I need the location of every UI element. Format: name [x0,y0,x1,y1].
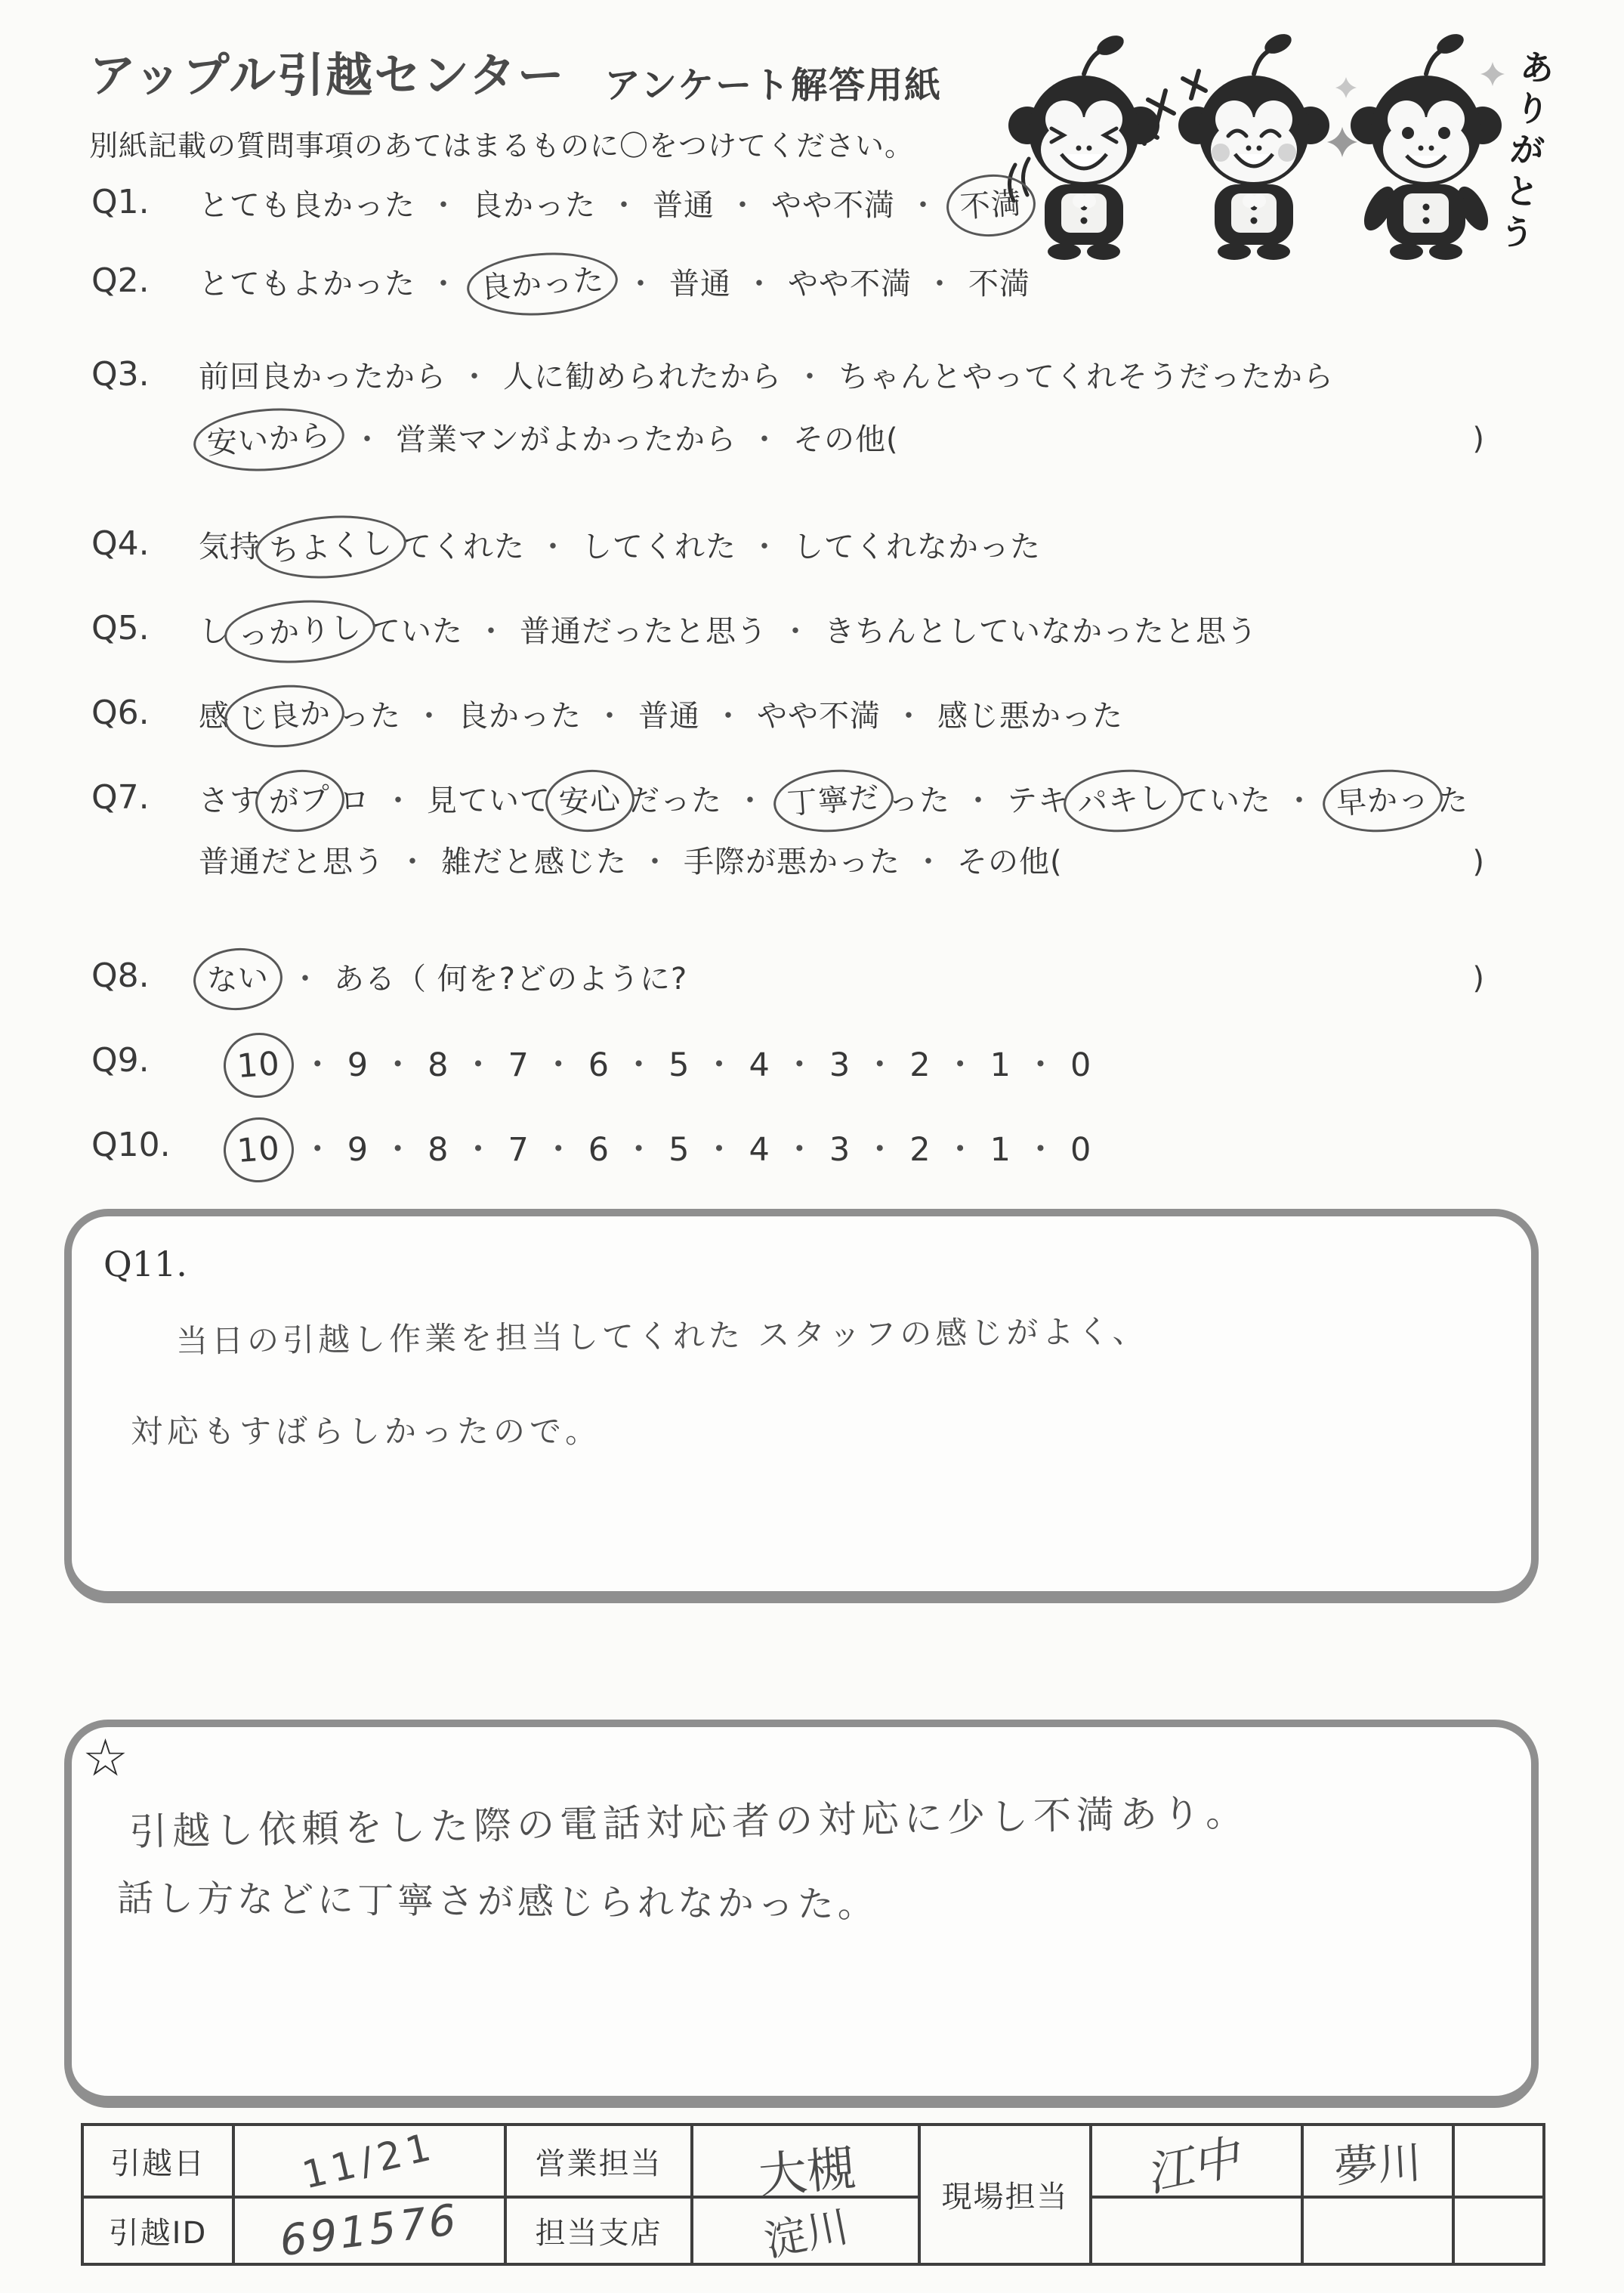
handwritten-feedback-line: 話し方などに丁寧さが感じられなかった。 [117,1869,878,1928]
option-text: 気持 [199,530,261,564]
question-row-q5: Q5. しっかりしていた・普通だったと思う・きちんとしていなかったと思う [91,609,1485,654]
option-text: ちゃんとやってくれそうだったから [838,360,1334,394]
option-separator: ・ [594,699,625,734]
option-text: ていた [1178,783,1271,818]
question-options: ない・ある（ 何を?どのように?) [199,956,1485,1002]
circled-answer: っかりし [222,595,377,668]
circled-answer: 10 [221,1031,296,1101]
option-separator: ・ [963,783,994,818]
question-options: しっかりしていた・普通だったと思う・きちんとしていなかったと思う [199,609,1485,654]
option-text: った [888,783,950,818]
move-id-label: 引越ID [82,2197,233,2264]
option-separator: ・ [640,845,671,879]
survey-sheet: アップル引越センター アンケート解答用紙 別紙記載の質問事項のあてはまるものに〇… [0,0,1624,2293]
option-separator: ・ [462,1046,495,1084]
sales-rep-value: 大槻 [692,2125,919,2197]
option-text: 普通 [638,699,700,734]
sheet-title: アンケート解答用紙 [604,56,942,108]
circled-answer: 丁寧だ [771,766,895,836]
question-options: 普通だと思う・雑だと感じた・手際が悪かった・その他() [199,840,1485,884]
option-text: 普通 [669,267,731,301]
option-text: 雑だと感じた [441,845,627,879]
option-text: 良かった [472,188,596,223]
crew-signature-1: 江中 [1091,2125,1302,2197]
question-options: とても良かった・良かった・普通・やや不満・不満 [199,183,1485,228]
option-text: 8 [428,1131,449,1169]
closing-paren: ) [1472,840,1485,884]
circled-answer: 良かった [465,248,619,320]
star-icon: ☆ [82,1729,128,1788]
closing-paren: ) [1472,417,1485,461]
option-separator: ・ [944,1131,977,1169]
question-row-q1: Q1. とても良かった・良かった・普通・やや不満・不満 [91,183,1485,228]
crew-label: 現場担当 [919,2125,1091,2264]
question-label: Q4. [91,524,199,563]
sales-rep-label: 営業担当 [505,2125,692,2197]
question-row-q7-line2: 普通だと思う・雑だと感じた・手際が悪かった・その他() [91,840,1485,884]
option-text: 5 [668,1131,690,1169]
feedback-box-star: ☆ 引越し依頼をした際の電話対応者の対応に少し不満あり。 話し方などに丁寧さが感… [64,1720,1539,2108]
option-separator: ・ [428,188,459,223]
question-options: 気持ちよくしてくれた・してくれた・してくれなかった [199,524,1485,570]
option-text: 5 [668,1046,690,1084]
empty-cell [1453,2125,1544,2197]
option-separator: ・ [476,614,507,649]
circled-answer: がプ [253,767,346,835]
option-text: 2 [909,1046,931,1084]
option-text: 感じ悪かった [937,699,1123,734]
option-text: （ 何を?どのように? [396,962,687,997]
option-text: 8 [428,1046,449,1084]
option-text: 手際が悪かった [684,845,900,879]
option-text: 3 [829,1046,851,1084]
option-text: 4 [749,1046,770,1084]
option-separator: ・ [622,1131,656,1169]
question-label: Q10. [91,1126,199,1164]
option-separator: ・ [625,267,656,301]
option-text: 6 [588,1131,610,1169]
question-row-q2: Q2. とてもよかった・良かった・普通・やや不満・不満 [91,261,1485,307]
option-text: 良かった [458,699,582,734]
circled-answer: 安心 [543,767,636,835]
table-row: 引越日 11/21 営業担当 大槻 現場担当 江中 夢川 [82,2125,1544,2197]
option-separator: ・ [783,1131,817,1169]
option-text: テキ [1007,783,1069,818]
option-separator: ・ [352,422,383,457]
option-text: てくれた [401,530,525,564]
option-separator: ・ [301,1046,335,1084]
option-separator: ・ [397,845,428,879]
option-text: だった [629,783,722,818]
empty-cell [1091,2197,1302,2264]
handwritten-answer-line: 対応もすばらしかったので。 [131,1407,601,1452]
question-row-q9: Q9. 10・9・8・7・6・5・4・3・2・1・0 [91,1041,1485,1089]
question-options: さすがプロ・見ていて安心だった・丁寧だった・テキパキしていた・早かった [199,778,1485,824]
empty-cell [1302,2197,1453,2264]
crew-signature-2: 夢川 [1302,2125,1453,2197]
option-separator: ・ [703,1046,736,1084]
option-text: 普通だったと思う [520,614,767,649]
option-separator: ・ [925,267,956,301]
instruction-text: 別紙記載の質問事項のあてはまるものに〇をつけてください。 [89,122,914,164]
option-separator: ・ [1024,1046,1057,1084]
question-label: Q1. [91,183,199,221]
option-text: 営業マンがよかったから [396,422,736,457]
circled-answer: 早かっ [1320,766,1444,836]
option-text: 9 [347,1046,369,1084]
option-separator: ・ [609,188,640,223]
circled-answer: パキし [1061,766,1185,836]
option-text: った [339,699,401,734]
move-date-value: 11/21 [233,2125,505,2197]
option-text: 1 [990,1046,1011,1084]
option-text: 普通 [653,188,715,223]
option-separator: ・ [894,699,925,734]
question-options: 前回良かったから・人に勧められたから・ちゃんとやってくれそうだったから [199,355,1485,399]
move-date-label: 引越日 [82,2125,233,2197]
handwritten-feedback-line: 引越し依頼をした際の電話対応者の対応に少し不満あり。 [128,1782,1249,1856]
option-separator: ・ [542,1046,576,1084]
question-row-q3: Q3. 前回良かったから・人に勧められたから・ちゃんとやってくれそうだったから [91,355,1485,399]
question-label: Q9. [91,1041,199,1080]
option-separator: ・ [381,1131,415,1169]
free-comment-box-q11: Q11. 当日の引越し作業を担当してくれた スタッフの感じがよく、 対応もすばら… [64,1209,1539,1603]
option-text: ていた [370,614,463,649]
option-separator: ・ [381,1046,415,1084]
option-text: 9 [347,1131,369,1169]
option-separator: ・ [944,1046,977,1084]
question-options: とてもよかった・良かった・普通・やや不満・不満 [199,261,1485,307]
option-separator: ・ [913,845,944,879]
option-separator: ・ [713,699,744,734]
option-text: 3 [829,1131,851,1169]
option-text: 2 [909,1131,931,1169]
staff-info-table: 引越日 11/21 営業担当 大槻 現場担当 江中 夢川 引越ID 691576… [81,2123,1545,2266]
table-row: 引越ID 691576 担当支店 淀川 [82,2197,1544,2264]
option-text: ある [334,962,396,997]
circled-answer: 10 [221,1115,296,1185]
option-text: 6 [588,1046,610,1084]
empty-cell [1453,2197,1544,2264]
option-separator: ・ [783,1046,817,1084]
option-text: とても良かった [199,188,415,223]
question-label: Q5. [91,609,199,647]
question-row-q8: Q8. ない・ある（ 何を?どのように?) [91,956,1485,1002]
option-text: その他( [793,422,899,457]
option-text: 見ていて [427,783,551,818]
option-text: 4 [749,1131,770,1169]
brand-title: アップル引越センター [89,38,566,105]
option-separator: ・ [749,530,780,564]
option-separator: ・ [908,188,939,223]
option-separator: ・ [727,188,758,223]
question-row-q7: Q7. さすがプロ・見ていて安心だった・丁寧だった・テキパキしていた・早かった [91,778,1485,824]
option-separator: ・ [1284,783,1315,818]
option-text: 人に勧められたから [503,360,782,394]
question-label: Q3. [91,355,199,394]
question-row-q10: Q10. 10・9・8・7・6・5・4・3・2・1・0 [91,1126,1485,1174]
option-text: 不満 [968,267,1030,301]
option-text: 0 [1070,1046,1091,1084]
option-text: 普通だと思う [199,845,384,879]
branch-label: 担当支店 [505,2197,692,2264]
option-text: やや不満 [771,188,895,223]
circled-answer: ちよくし [253,511,408,583]
option-text: 7 [508,1046,529,1084]
question-label: Q7. [91,778,199,817]
question-options: 安いから・営業マンがよかったから・その他() [199,417,1485,462]
option-separator: ・ [735,783,766,818]
question-row-q6: Q6. 感じ良かった・良かった・普通・やや不満・感じ悪かった [91,694,1485,739]
branch-value: 淀川 [692,2197,919,2264]
option-text: 前回良かったから [199,360,446,394]
option-text: きちんとしていなかったと思う [824,614,1258,649]
closing-paren: ) [1472,956,1485,1000]
option-separator: ・ [542,1131,576,1169]
option-separator: ・ [290,962,321,997]
question-row-q3-line2: 安いから・営業マンがよかったから・その他() [91,417,1485,462]
option-text: その他( [957,845,1063,879]
question-label: Q6. [91,694,199,732]
question-row-q4: Q4. 気持ちよくしてくれた・してくれた・してくれなかった [91,524,1485,570]
option-text: やや不満 [788,267,912,301]
circled-answer: ない [191,945,284,1013]
circled-answer: 安いから [191,403,346,476]
option-separator: ・ [459,360,490,394]
move-id-value: 691576 [233,2197,505,2264]
option-text: 7 [508,1131,529,1169]
option-separator: ・ [744,267,775,301]
option-separator: ・ [863,1046,897,1084]
question-options: 感じ良かった・良かった・普通・やや不満・感じ悪かった [199,694,1485,739]
circled-answer: じ良か [222,681,346,752]
question-label: Q11. [103,1244,187,1284]
option-separator: ・ [863,1131,897,1169]
option-separator: ・ [462,1131,495,1169]
option-separator: ・ [414,699,445,734]
handwritten-answer-line: 当日の引越し作業を担当してくれた スタッフの感じがよく、 [176,1306,1148,1361]
option-separator: ・ [703,1131,736,1169]
option-text: してくれた [582,530,736,564]
question-options: 10・9・8・7・6・5・4・3・2・1・0 [199,1041,1485,1089]
option-text: とてもよかった [199,267,415,301]
option-text: 0 [1070,1131,1091,1169]
option-text: 1 [990,1131,1011,1169]
option-separator: ・ [428,267,459,301]
option-text: してくれなかった [793,530,1041,564]
question-options: 10・9・8・7・6・5・4・3・2・1・0 [199,1126,1485,1174]
option-separator: ・ [795,360,826,394]
option-separator: ・ [301,1131,335,1169]
option-separator: ・ [1024,1131,1057,1169]
option-text: やや不満 [757,699,881,734]
option-separator: ・ [749,422,780,457]
option-separator: ・ [538,530,569,564]
option-separator: ・ [622,1046,656,1084]
option-separator: ・ [780,614,811,649]
option-text: さす [199,783,261,818]
option-separator: ・ [383,783,414,818]
question-label: Q2. [91,261,199,300]
question-label: Q8. [91,956,199,995]
